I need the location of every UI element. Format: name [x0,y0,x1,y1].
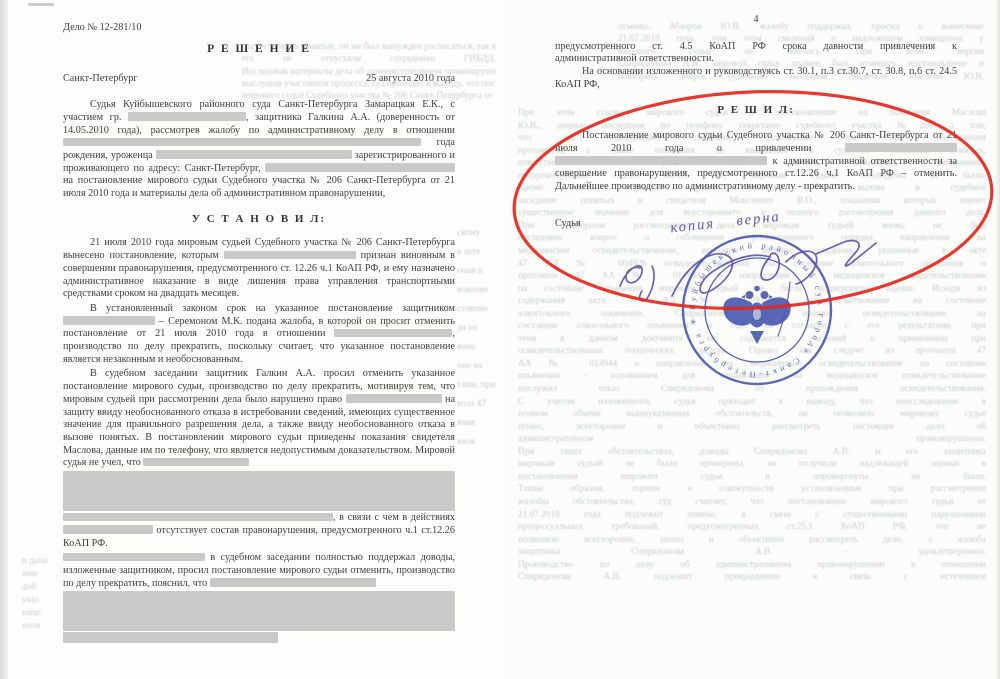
bleedthrough-line: административном правонарушении. [518,434,986,447]
text-run: на постановление мирового судьи Судебног… [63,175,455,199]
bleedthrough-line: опьянения - основанием для направления н… [518,371,986,384]
case-number: Дело № 12-281/10 [63,22,455,35]
intro-paragraph: Судья Куйбышевского районного суда Санкт… [63,99,455,201]
text-run: , в связи с чем в действиях [333,512,455,523]
bleedthrough-line: на состояние опьянения мировым судьей не… [518,284,986,297]
redaction-box [63,513,333,522]
redaction-box [224,251,356,260]
bleedthrough-line: мировым судьей не были проверены, не пол… [518,459,986,472]
bleedthrough-line: в акте [457,247,503,266]
redaction-box [845,143,957,152]
redaction-box [555,156,767,165]
statute-line2: административной ответственности. [555,53,957,66]
bleedthrough-line: ения и [457,266,503,285]
bleedthrough-line: дя из [457,323,503,342]
bleedthrough-line: яние [457,342,503,361]
bleedthrough-line: вование [457,285,503,304]
bleedthrough-line: протоколе 47 АА № 014944 о направлении н… [518,271,986,284]
bleedthrough-line: постановлении мирового судьи и опровергн… [518,472,986,485]
bleedthrough-line: кола 47 [457,399,503,418]
scan-smudge [28,3,54,6]
bleedthrough-line: АА № 014944 о направлении на медицинское… [518,359,986,372]
bleedthrough-strip: скомув актеения ивованиестояниедя изяние… [457,228,503,456]
scan-edge-right [996,0,1000,679]
bleedthrough-line: При таких обстоятельствах, доводы Спирид… [518,447,986,460]
page-right: отмены. Абзоров Ю.В. жалобу поддержал, п… [502,0,1000,679]
bleedthrough-line: жалобы обстоятельства, суд считает, что … [518,497,986,510]
bleedthrough-line: С учетом изложенного, судья приходит к в… [518,397,986,410]
bleedthrough-line: внов [457,437,503,456]
bleedthrough-line: тами, при [457,380,503,399]
bleedthrough-line: послужил отказ Спиридонова от прохождени… [518,384,986,397]
bleedthrough-line: состояние алкогольного опьянения и был н… [518,321,986,334]
bleedthrough-line: Таким образом, оценив в совокупности уст… [518,484,986,497]
bleedthrough-line: алкогольного опьянения, Спиридонов А.В. … [518,309,986,322]
right-page-content: 4 предусмотренного ст. 4.5 КоАП РФ срока… [555,14,957,230]
bleedthrough-line: этом в данном документе не содержится св… [518,334,986,347]
decided-heading: Р Е Ш И Л: [555,104,957,117]
city-label: Санкт-Петербург [63,73,138,86]
date-label: 25 августа 2010 года [366,73,455,86]
bleedthrough-line: содержания акта 47 АД № 004926 освидетел… [518,296,986,309]
redaction-block [63,591,455,631]
paragraph: 21 июля 2010 года мировым судьей Судебно… [63,237,455,301]
bleedthrough-line: Производство по делу об административном… [518,560,986,573]
page-number: 4 [555,14,957,27]
text-run: В установленный законом срок на указанно… [90,303,455,314]
redaction-block [63,471,455,511]
page-left: отсутствовали понятые, он же был вынужде… [8,0,502,679]
scan-edge-left [0,0,8,679]
bleedthrough-line: 21.07.2010 года подлежит отмене, в связи… [518,510,986,523]
ruling-paragraph: Постановление мирового судьи Судебного у… [555,130,957,194]
left-page-content: Дело № 12-281/10 Р Е Ш Е Н И Е Санкт-Пет… [63,22,455,644]
bleedthrough-line: внов [22,621,58,634]
page-seam [499,0,502,679]
text-run: На основании изложенного и руководствуяс… [555,66,957,90]
paragraph: в судебном заседании полностью поддержал… [63,552,455,643]
redaction-box [210,578,376,587]
bleedthrough-line: процессуальных требований, предусмотренн… [518,522,986,535]
scanned-court-decision: отсутствовали понятые, он же был вынужде… [0,0,1000,679]
bleedthrough-line: Спиридонова А.В. подлежит прекращению в … [518,572,986,585]
bleedthrough-line: позволило всесторонне, полно и объективн… [518,535,986,548]
text-run: на защиту ввиду необоснованного отказа в… [63,394,455,469]
redaction-box [63,138,421,147]
paragraph: В судебном заседании защитник Галкин А.А… [63,368,455,550]
bleedthrough-strip: и дышниидобуказнапрвнов [22,556,58,634]
redaction-box [156,150,352,159]
bleedthrough-line: доб [22,582,58,595]
paragraph: В установленный законом срок на указанно… [63,303,455,367]
redaction-box [128,112,246,121]
bleedthrough-line: яние [457,418,503,437]
bleedthrough-line: исследован вопрос о соблюдении установле… [518,233,986,246]
bleedthrough-line: стояние [457,304,503,323]
bleedthrough-line: указ [22,595,58,608]
bleedthrough-line: ние на [457,361,503,380]
decision-title: Р Е Ш Е Н И Е [63,43,455,56]
redaction-box [63,316,155,325]
established-heading: У С Т А Н О В И Л: [63,213,455,226]
redaction-box [143,458,249,467]
redaction-box [334,329,452,338]
redaction-block [63,632,278,643]
bleedthrough-line: 47 АД № 004926 освидетельствования на со… [518,259,986,272]
redaction-box [63,525,153,534]
city-date-row: Санкт-Петербург 25 августа 2010 года [63,73,455,86]
bleedthrough-line: медицинское освидетельствование, имеющие… [518,246,986,259]
bleedthrough-line: и дыш [22,556,58,569]
statute-line: предусмотренного ст. 4.5 КоАП РФ срока д… [555,41,957,54]
bleedthrough-line: полно, всесторонне и объективно рассмотр… [518,422,986,435]
bleedthrough-line: напр [22,608,58,621]
redaction-box [265,163,455,172]
bleedthrough-line: полном объеме вышеуказанных обстоятельст… [518,409,986,422]
bleedthrough-line: освидетельствовании технических средств.… [518,346,986,359]
bleedthrough-line: скому [457,228,503,247]
bleedthrough-line: нии [22,569,58,582]
bleedthrough-line: защитника Спиридонова А.В. – удовлетворе… [518,547,986,560]
redaction-box [63,553,205,562]
redaction-box [346,394,442,403]
basis-paragraph: На основании изложенного и руководствуяс… [555,66,957,91]
